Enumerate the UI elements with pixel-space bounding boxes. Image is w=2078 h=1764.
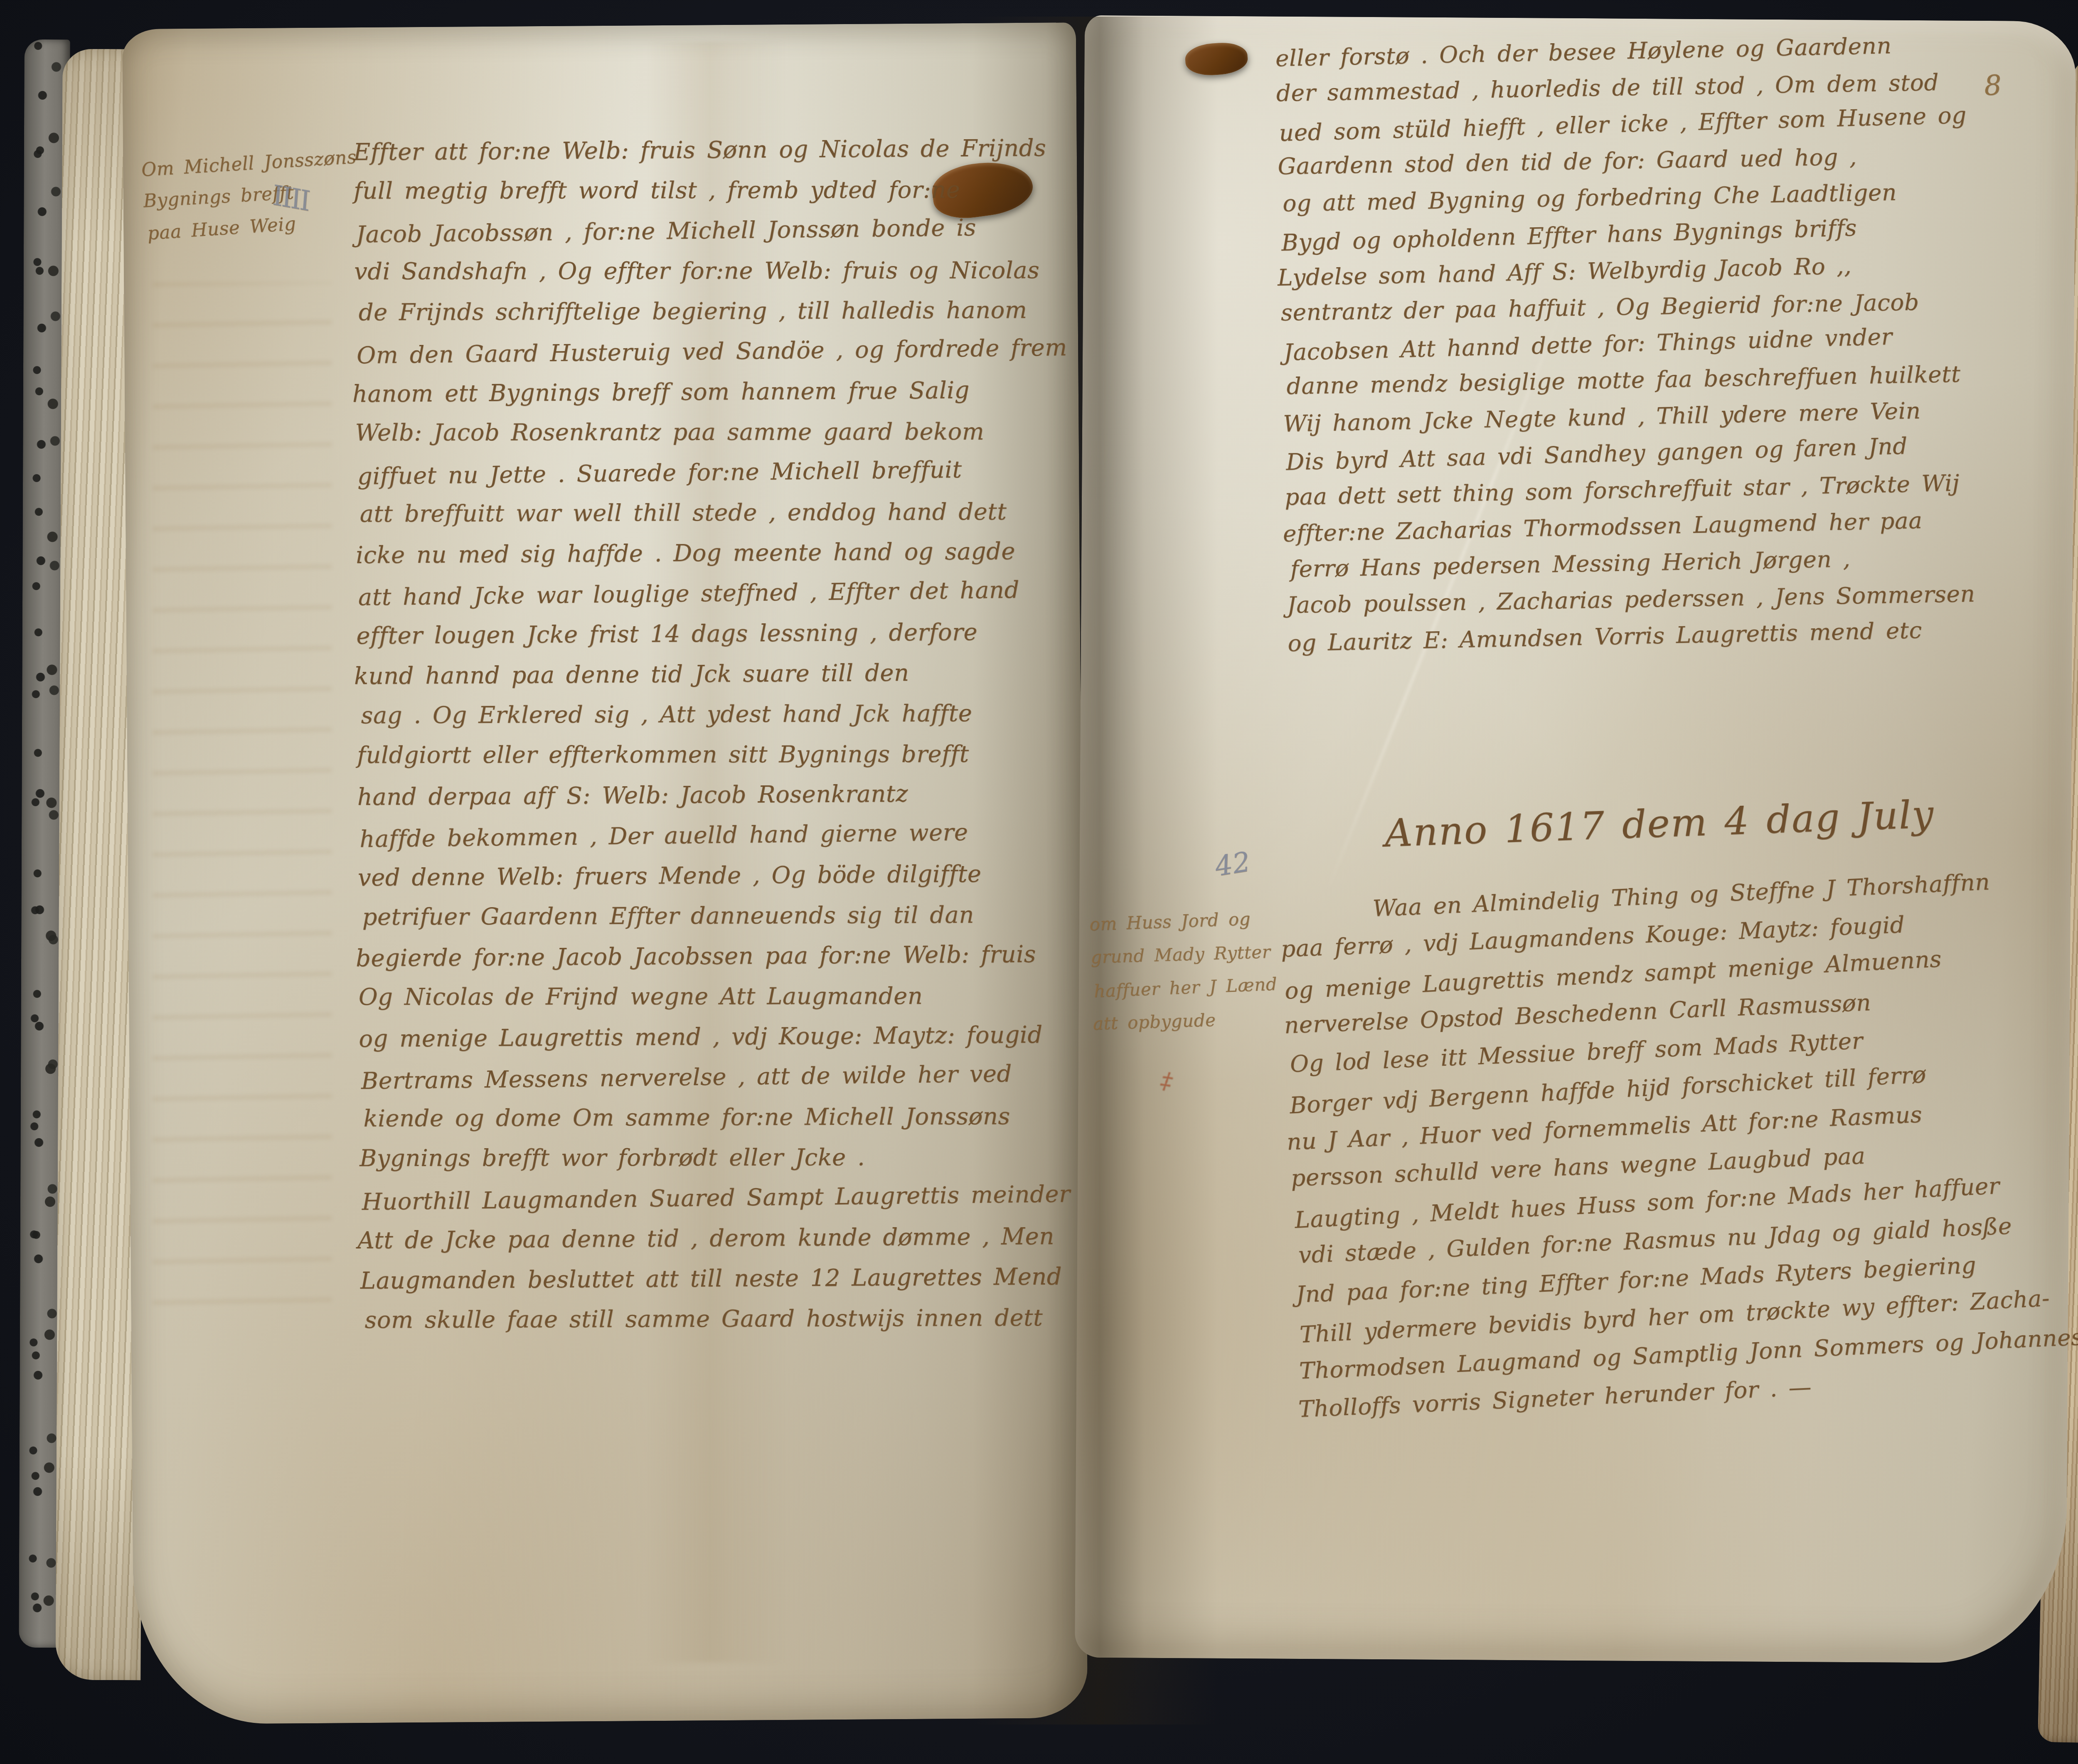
handwritten-line: de Frijnds schrifftelige begiering , til…	[358, 290, 1069, 333]
handwritten-line: effter lougen Jcke frist 14 dags lessnin…	[356, 612, 1067, 656]
handwritten-line: haffde bekommen , Der auelld hand gierne…	[359, 811, 1070, 859]
handwritten-line: Bygnings brefft wor forbrødt eller Jcke …	[359, 1137, 1070, 1178]
handwritten-line: kiende og dome Om samme for:ne Michell J…	[363, 1096, 1074, 1139]
body-text-right-page-top: eller forstø . Och der besee Høylene og …	[1275, 25, 1976, 661]
handwritten-line: om Huss Jord og	[1089, 902, 1273, 941]
handwritten-line: sag . Og Erklered sig , Att ydest hand J…	[361, 693, 1071, 736]
handwritten-line: icke nu med sig haffde . Dog meente hand…	[356, 531, 1066, 576]
body-text-left-page: Effter att for:ne Welb: fruis Sønn og Ni…	[353, 128, 1071, 1341]
handwritten-line: og menige Laugrettis mend , vdj Kouge: M…	[359, 1015, 1069, 1059]
handwritten-line: Laugmanden besluttet att till neste 12 L…	[360, 1257, 1071, 1301]
handwritten-line: fuldgiortt eller effterkommen sitt Bygni…	[357, 734, 1068, 775]
handwritten-line: Effter att for:ne Welb: fruis Sønn og Ni…	[353, 128, 1064, 172]
handwritten-line: som skulle faae still samme Gaard hostwi…	[364, 1298, 1075, 1341]
handwritten-line: Jacob Jacobssøn , for:ne Michell Jonssøn…	[356, 207, 1066, 255]
handwritten-line: att hand Jcke war louglige steffned , Ef…	[358, 569, 1069, 618]
handwritten-line: haffuer her J Lænd	[1093, 967, 1278, 1008]
pencil-folio-number: 42	[1213, 846, 1253, 883]
handwritten-line: begierde for:ne Jacob Jacobssen paa for:…	[356, 934, 1066, 979]
handwritten-line: Bertrams Messens nerverelse , att de wil…	[361, 1053, 1071, 1101]
handwritten-line: Om den Gaard Husteruig ved Sandöe , og f…	[357, 327, 1067, 376]
pencil-tally-mark: IIII	[271, 179, 310, 218]
margin-note-left: Om Michell JonsszønsBygnings brefftpaa H…	[140, 141, 361, 249]
handwritten-line: Og Nicolas de Frijnd wegne Att Laugmande…	[359, 976, 1069, 1017]
handwritten-line: Welb: Jacob Rosenkrantz paa samme gaard …	[355, 411, 1066, 453]
handwritten-line: Huorthill Laugmanden Suared Sampt Laugre…	[362, 1174, 1072, 1222]
handwritten-line: ved denne Welb: fruers Mende , Og böde d…	[358, 854, 1069, 898]
handwritten-line: petrifuer Gaardenn Effter danneuends sig…	[362, 895, 1073, 937]
handwritten-line: hanom ett Bygnings breff som hannem frue…	[352, 370, 1063, 414]
handwritten-line: hand derpaa aff S: Welb: Jacob Rosenkran…	[357, 773, 1068, 817]
handwritten-line: Att de Jcke paa denne tid , derom kunde …	[357, 1216, 1068, 1261]
archival-photo-background: { "folio": { "page_number": "8", "pencil…	[0, 0, 2078, 1764]
handwritten-line: grund Mady Rytter	[1090, 935, 1275, 974]
handwritten-line: kund hannd paa denne tid Jck suare till …	[354, 652, 1065, 696]
margin-note-right: om Huss Jord oggrund Mady Rytterhaffuer …	[1089, 902, 1277, 1041]
handwritten-line: full megtig brefft word tilst , fremb yd…	[354, 170, 1064, 211]
handwritten-line: giffuet nu Jette . Suarede for:ne Michel…	[357, 448, 1068, 497]
body-text-right-page-bottom: Waa en Almindelig Thing og Steffne J Tho…	[1278, 859, 2078, 1428]
folio-number: 8	[1983, 69, 2002, 102]
handwritten-line: att opbygude	[1093, 1001, 1277, 1040]
handwritten-line: vdi Sandshafn , Og effter for:ne Welb: f…	[354, 250, 1065, 292]
handwritten-line: att breffuitt war well thill stede , end…	[359, 492, 1070, 534]
